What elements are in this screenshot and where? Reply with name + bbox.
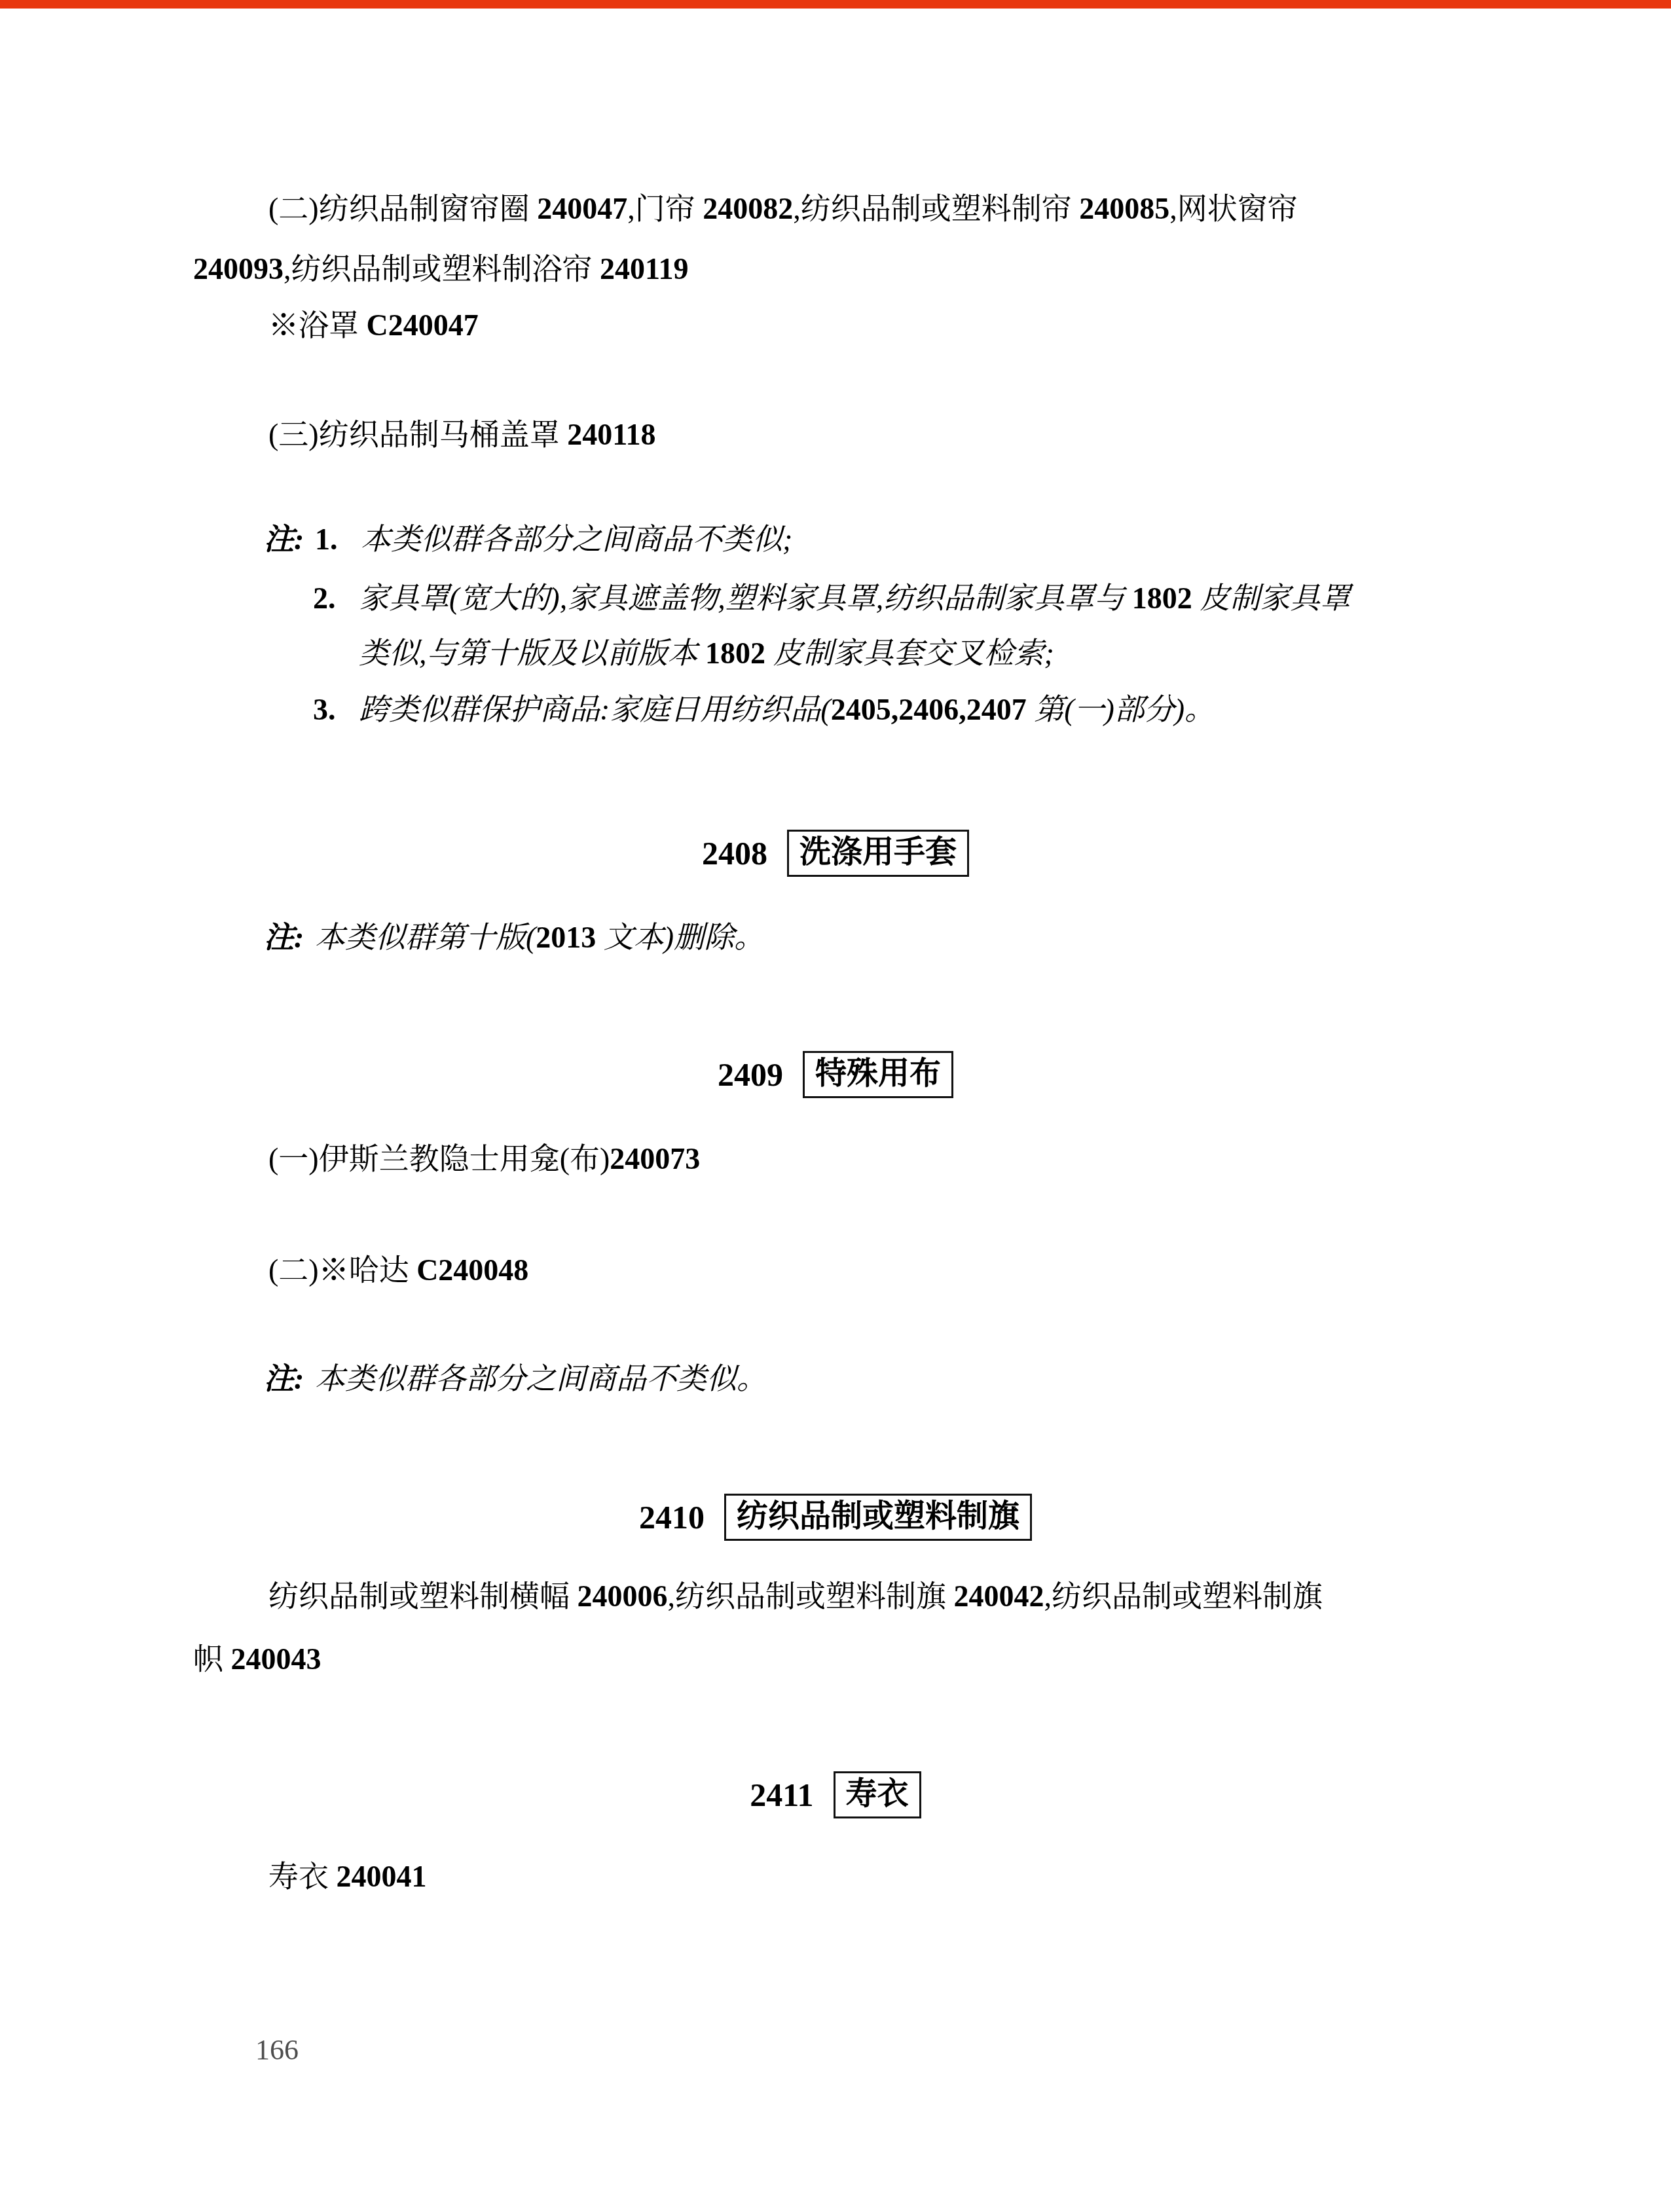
text-run: 家具罩(宽大的),家具遮盖物,塑料家具罩,纺织品制家具罩与 (359, 581, 1132, 615)
group-title-box: 寿衣 (834, 1771, 921, 1818)
para-2407-item2-line1: (二)纺织品制窗帘圈 240047,门帘 240082,纺织品制或塑料制帘 24… (193, 194, 1579, 224)
text-run: ,门帘 (627, 192, 703, 225)
text-run: 文本)删除。 (596, 921, 764, 954)
group-code: 2409 (718, 1058, 783, 1091)
code-number: 2405,2406,2407 (831, 693, 1027, 726)
document-page: (二)纺织品制窗帘圈 240047,门帘 240082,纺织品制或塑料制帘 24… (0, 0, 1671, 2212)
page-number: 166 (193, 2036, 1579, 2065)
note-2409: 注:本类似群各部分之间商品不类似。 (193, 1364, 1579, 1394)
group-code: 2410 (639, 1501, 705, 1534)
para-2409-item1: (一)伊斯兰教隐士用龛(布)240073 (193, 1144, 1579, 1174)
group-title-box: 特殊用布 (803, 1051, 953, 1098)
text-run: (三)纺织品制马桶盖罩 (268, 418, 567, 451)
text-run: ,网状窗帘 (1169, 192, 1298, 225)
code-number: 240085 (1079, 192, 1169, 225)
code-number: 240073 (610, 1142, 700, 1175)
text-run: 类似,与第十版及以前版本 (359, 636, 705, 670)
text-run: ,纺织品制或塑料制旗 (668, 1579, 954, 1613)
code-number: 1802 (1132, 581, 1192, 615)
code-number: 240119 (600, 252, 688, 286)
text-run: (二)※哈达 (268, 1253, 416, 1287)
code-number: 240093 (193, 252, 284, 286)
code-number: 240042 (954, 1579, 1044, 1613)
heading-2410: 2410 纺织品制或塑料制旗 (0, 1494, 1671, 1541)
note-2407-line2: 2.家具罩(宽大的),家具遮盖物,塑料家具罩,纺织品制家具罩与 1802 皮制家… (193, 583, 1579, 614)
group-code: 2408 (702, 837, 767, 870)
note-2407-line1: 注:1.本类似群各部分之间商品不类似; (193, 525, 1579, 555)
para-2407-item2-extra: ※浴罩 C240047 (193, 310, 1579, 341)
text-run: 本类似群各部分之间商品不类似。 (315, 1362, 767, 1395)
text-run: ,纺织品制或塑料制帘 (793, 192, 1079, 225)
para-2411-item: 寿衣 240041 (193, 1862, 1579, 1892)
note-label: 注: (264, 923, 315, 953)
code-number: 240041 (337, 1860, 427, 1893)
code-number: 1802 (705, 636, 765, 670)
para-2407-item3: (三)纺织品制马桶盖罩 240118 (193, 420, 1579, 450)
text-run: 本类似群各部分之间商品不类似; (361, 523, 792, 556)
note-label: 注: (264, 525, 315, 555)
heading-2409: 2409 特殊用布 (0, 1051, 1671, 1098)
code-number: C240048 (416, 1253, 528, 1287)
group-code: 2411 (750, 1779, 813, 1811)
code-number: 2013 (536, 921, 596, 954)
code-number: 240082 (703, 192, 793, 225)
group-title-box: 洗涤用手套 (787, 830, 969, 877)
para-2407-item2-line2: 240093,纺织品制或塑料制浴帘 240119 (193, 254, 1579, 284)
text-run: 第(一)部分)。 (1027, 693, 1215, 726)
note-item-number: 2. (313, 583, 359, 614)
text-run: (二)纺织品制窗帘圈 (268, 192, 537, 225)
text-run: (一)伊斯兰教隐士用龛(布) (268, 1142, 610, 1175)
text-run: ,纺织品制或塑料制旗 (1044, 1579, 1323, 1613)
code-number: 240118 (567, 418, 655, 451)
code-number: C240047 (367, 308, 479, 342)
note-2408: 注:本类似群第十版(2013 文本)删除。 (193, 923, 1579, 953)
heading-2408: 2408 洗涤用手套 (0, 830, 1671, 877)
top-color-bar (0, 0, 1671, 9)
note-2407-line3: 类似,与第十版及以前版本 1802 皮制家具套交叉检索; (193, 638, 1579, 669)
text-run: 皮制家具套交叉检索; (765, 636, 1054, 670)
text-run: 纺织品制或塑料制横幅 (268, 1579, 578, 1613)
text-run: 帜 (193, 1642, 231, 1676)
para-2410-line1: 纺织品制或塑料制横幅 240006,纺织品制或塑料制旗 240042,纺织品制或… (193, 1581, 1579, 1612)
text-run: 跨类似群保护商品:家庭日用纺织品( (359, 693, 831, 726)
text-run: 皮制家具罩 (1192, 581, 1351, 615)
group-title-box: 纺织品制或塑料制旗 (724, 1494, 1032, 1541)
text-run: 本类似群第十版( (315, 921, 536, 954)
note-item-number: 1. (315, 525, 361, 555)
para-2409-item2: (二)※哈达 C240048 (193, 1255, 1579, 1285)
note-label: 注: (264, 1364, 315, 1394)
note-2407-line4: 3.跨类似群保护商品:家庭日用纺织品(2405,2406,2407 第(一)部分… (193, 695, 1579, 725)
text-run: ,纺织品制或塑料制浴帘 (284, 252, 600, 286)
code-number: 240047 (537, 192, 627, 225)
text-run: ※浴罩 (268, 308, 367, 342)
heading-2411: 2411 寿衣 (0, 1771, 1671, 1818)
code-number: 240043 (231, 1642, 321, 1676)
code-number: 240006 (578, 1579, 668, 1613)
para-2410-line2: 帜 240043 (193, 1644, 1579, 1674)
text-run: 寿衣 (268, 1860, 337, 1893)
note-item-number: 3. (313, 695, 359, 725)
